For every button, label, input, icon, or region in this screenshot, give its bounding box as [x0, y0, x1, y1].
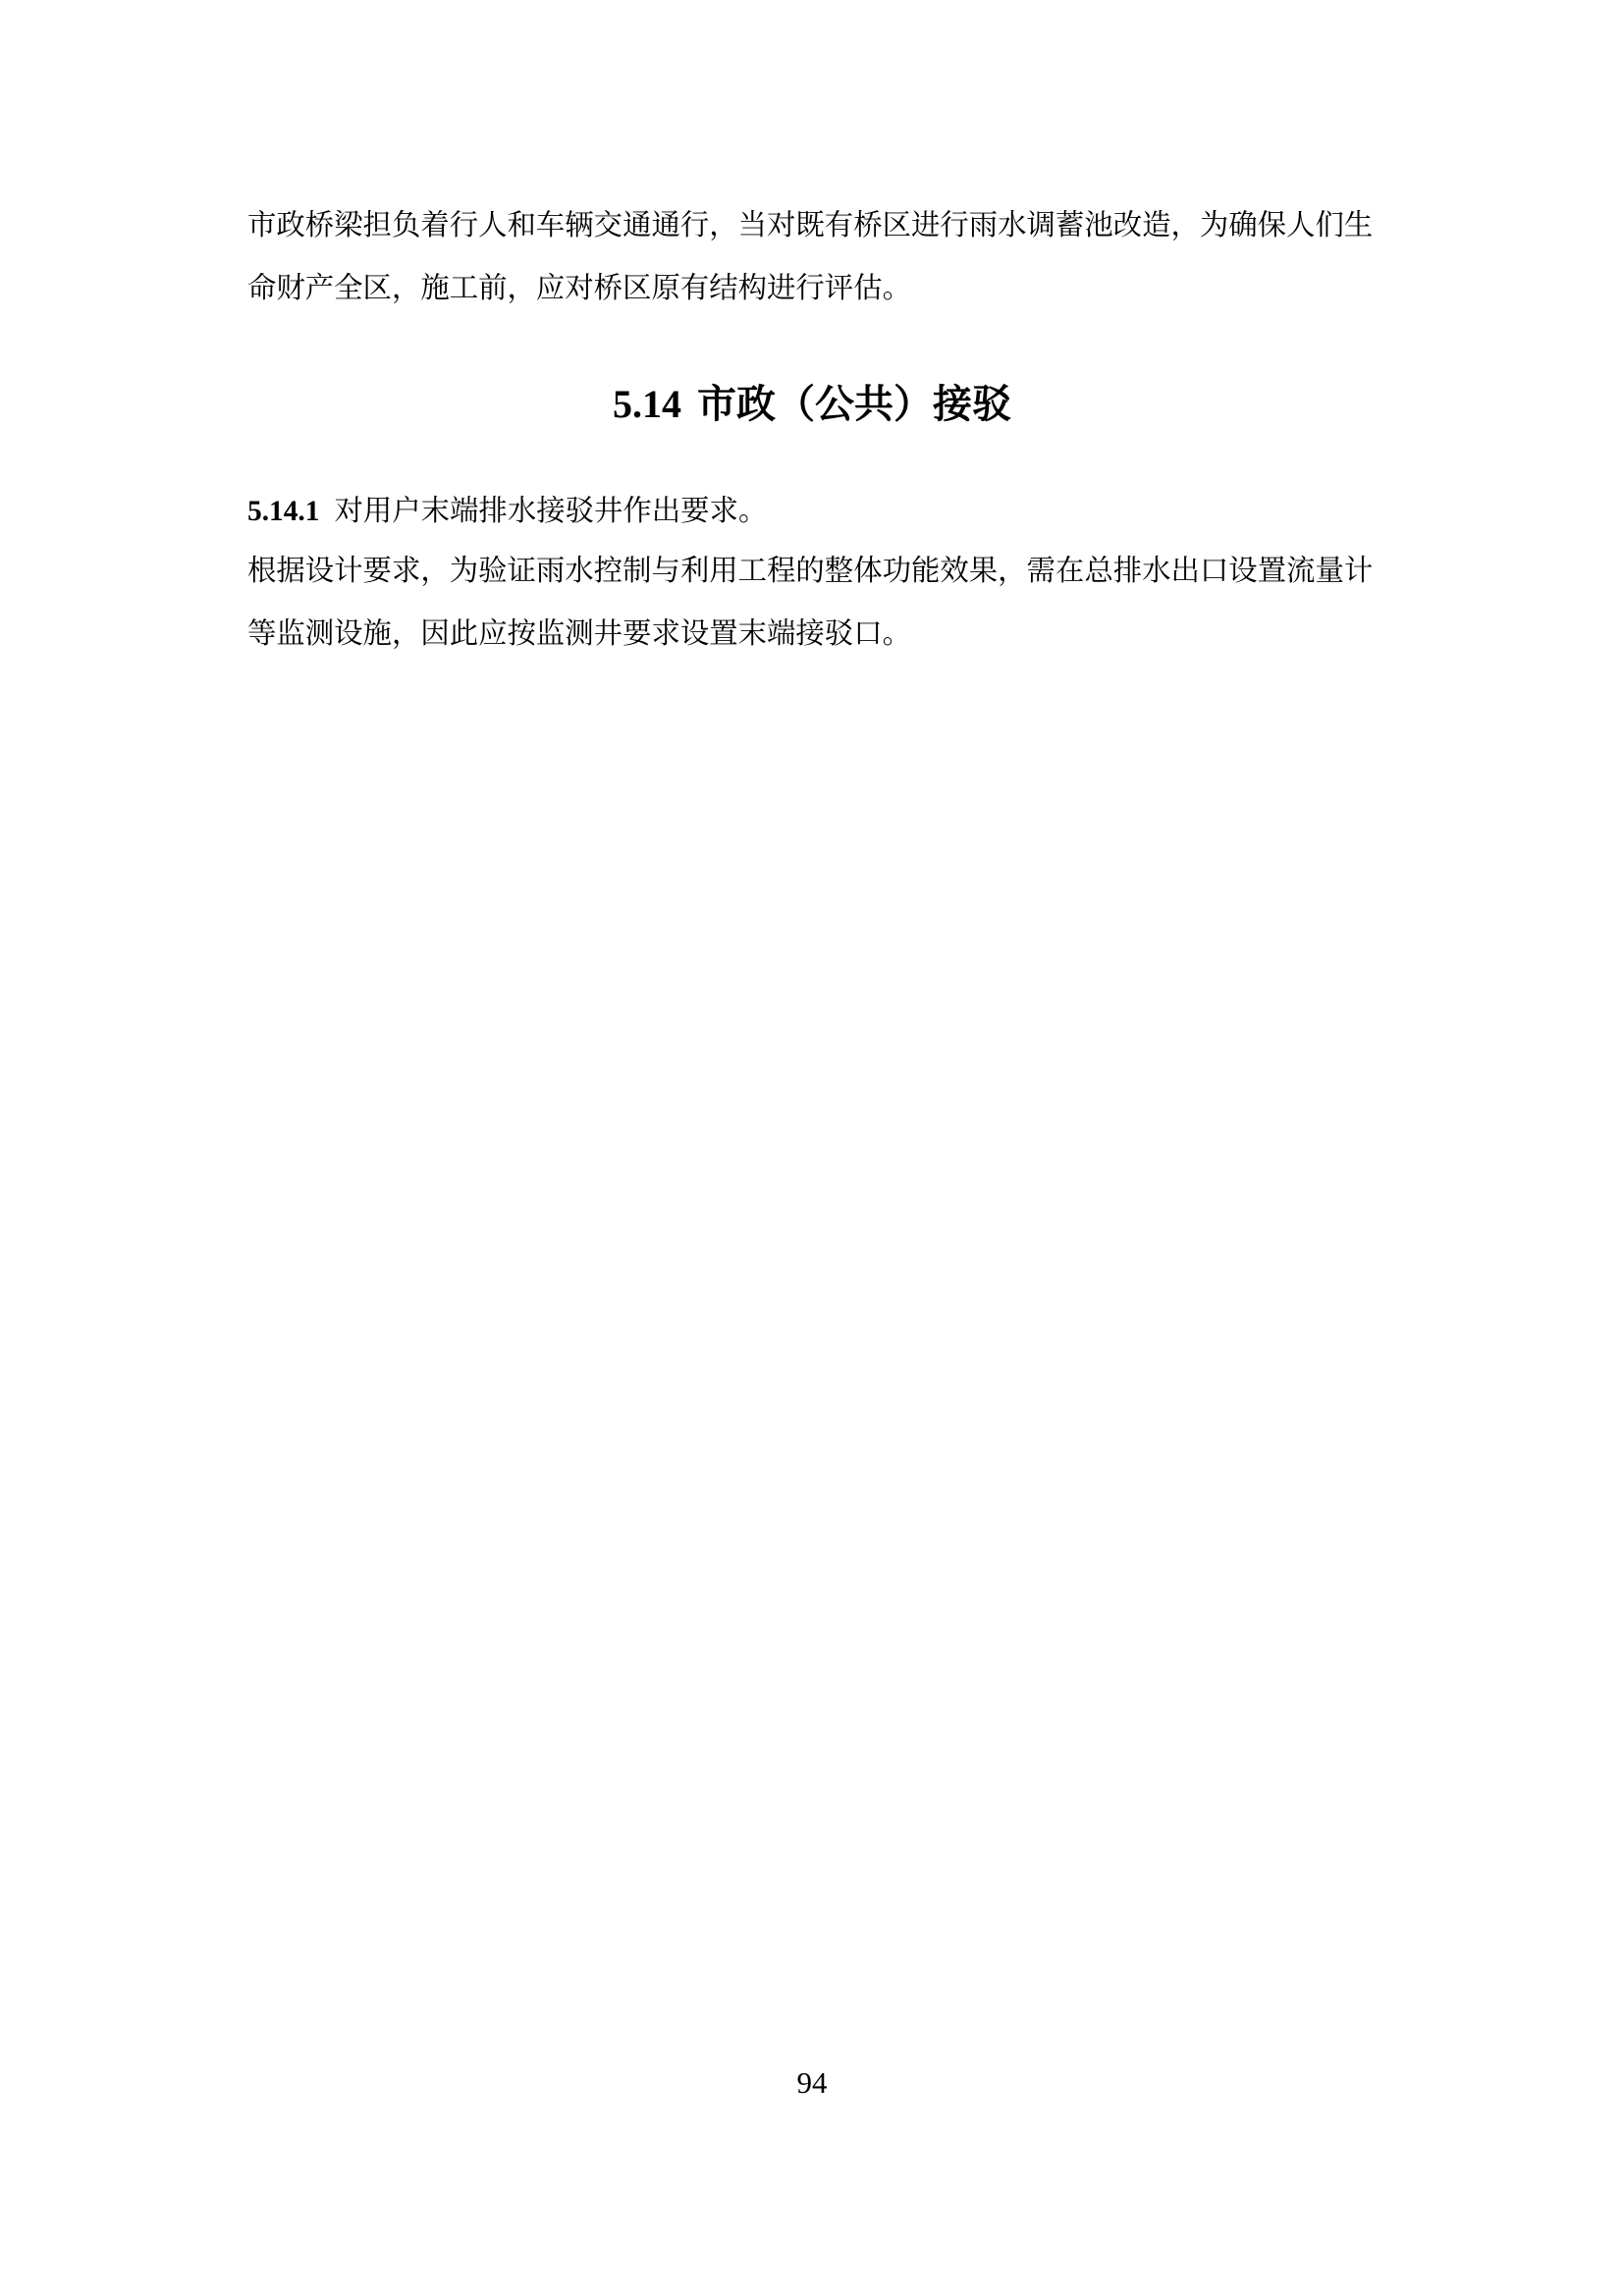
section-number: 5.14	[613, 382, 681, 426]
clause-5-14-1: 5.14.1对用户末端排水接驳井作出要求。	[247, 483, 1377, 540]
section-title: 市政（公共）接驳	[697, 382, 1011, 426]
section-heading: 5.14市政（公共）接驳	[247, 373, 1377, 436]
paragraph-bridge-renovation: 市政桥梁担负着行人和车辆交通通行，当对既有桥区进行雨水调蓄池改造，为确保人们生 …	[247, 194, 1377, 320]
clause-text: 对用户末端排水接驳井作出要求。	[334, 496, 767, 527]
clause-number: 5.14.1	[247, 496, 319, 527]
document-page: 市政桥梁担负着行人和车辆交通通行，当对既有桥区进行雨水调蓄池改造，为确保人们生 …	[0, 0, 1624, 2296]
page-number: 94	[0, 2065, 1624, 2101]
paragraph-monitoring-requirement: 根据设计要求，为验证雨水控制与利用工程的整体功能效果，需在总排水出口设置流量计 …	[247, 540, 1377, 666]
